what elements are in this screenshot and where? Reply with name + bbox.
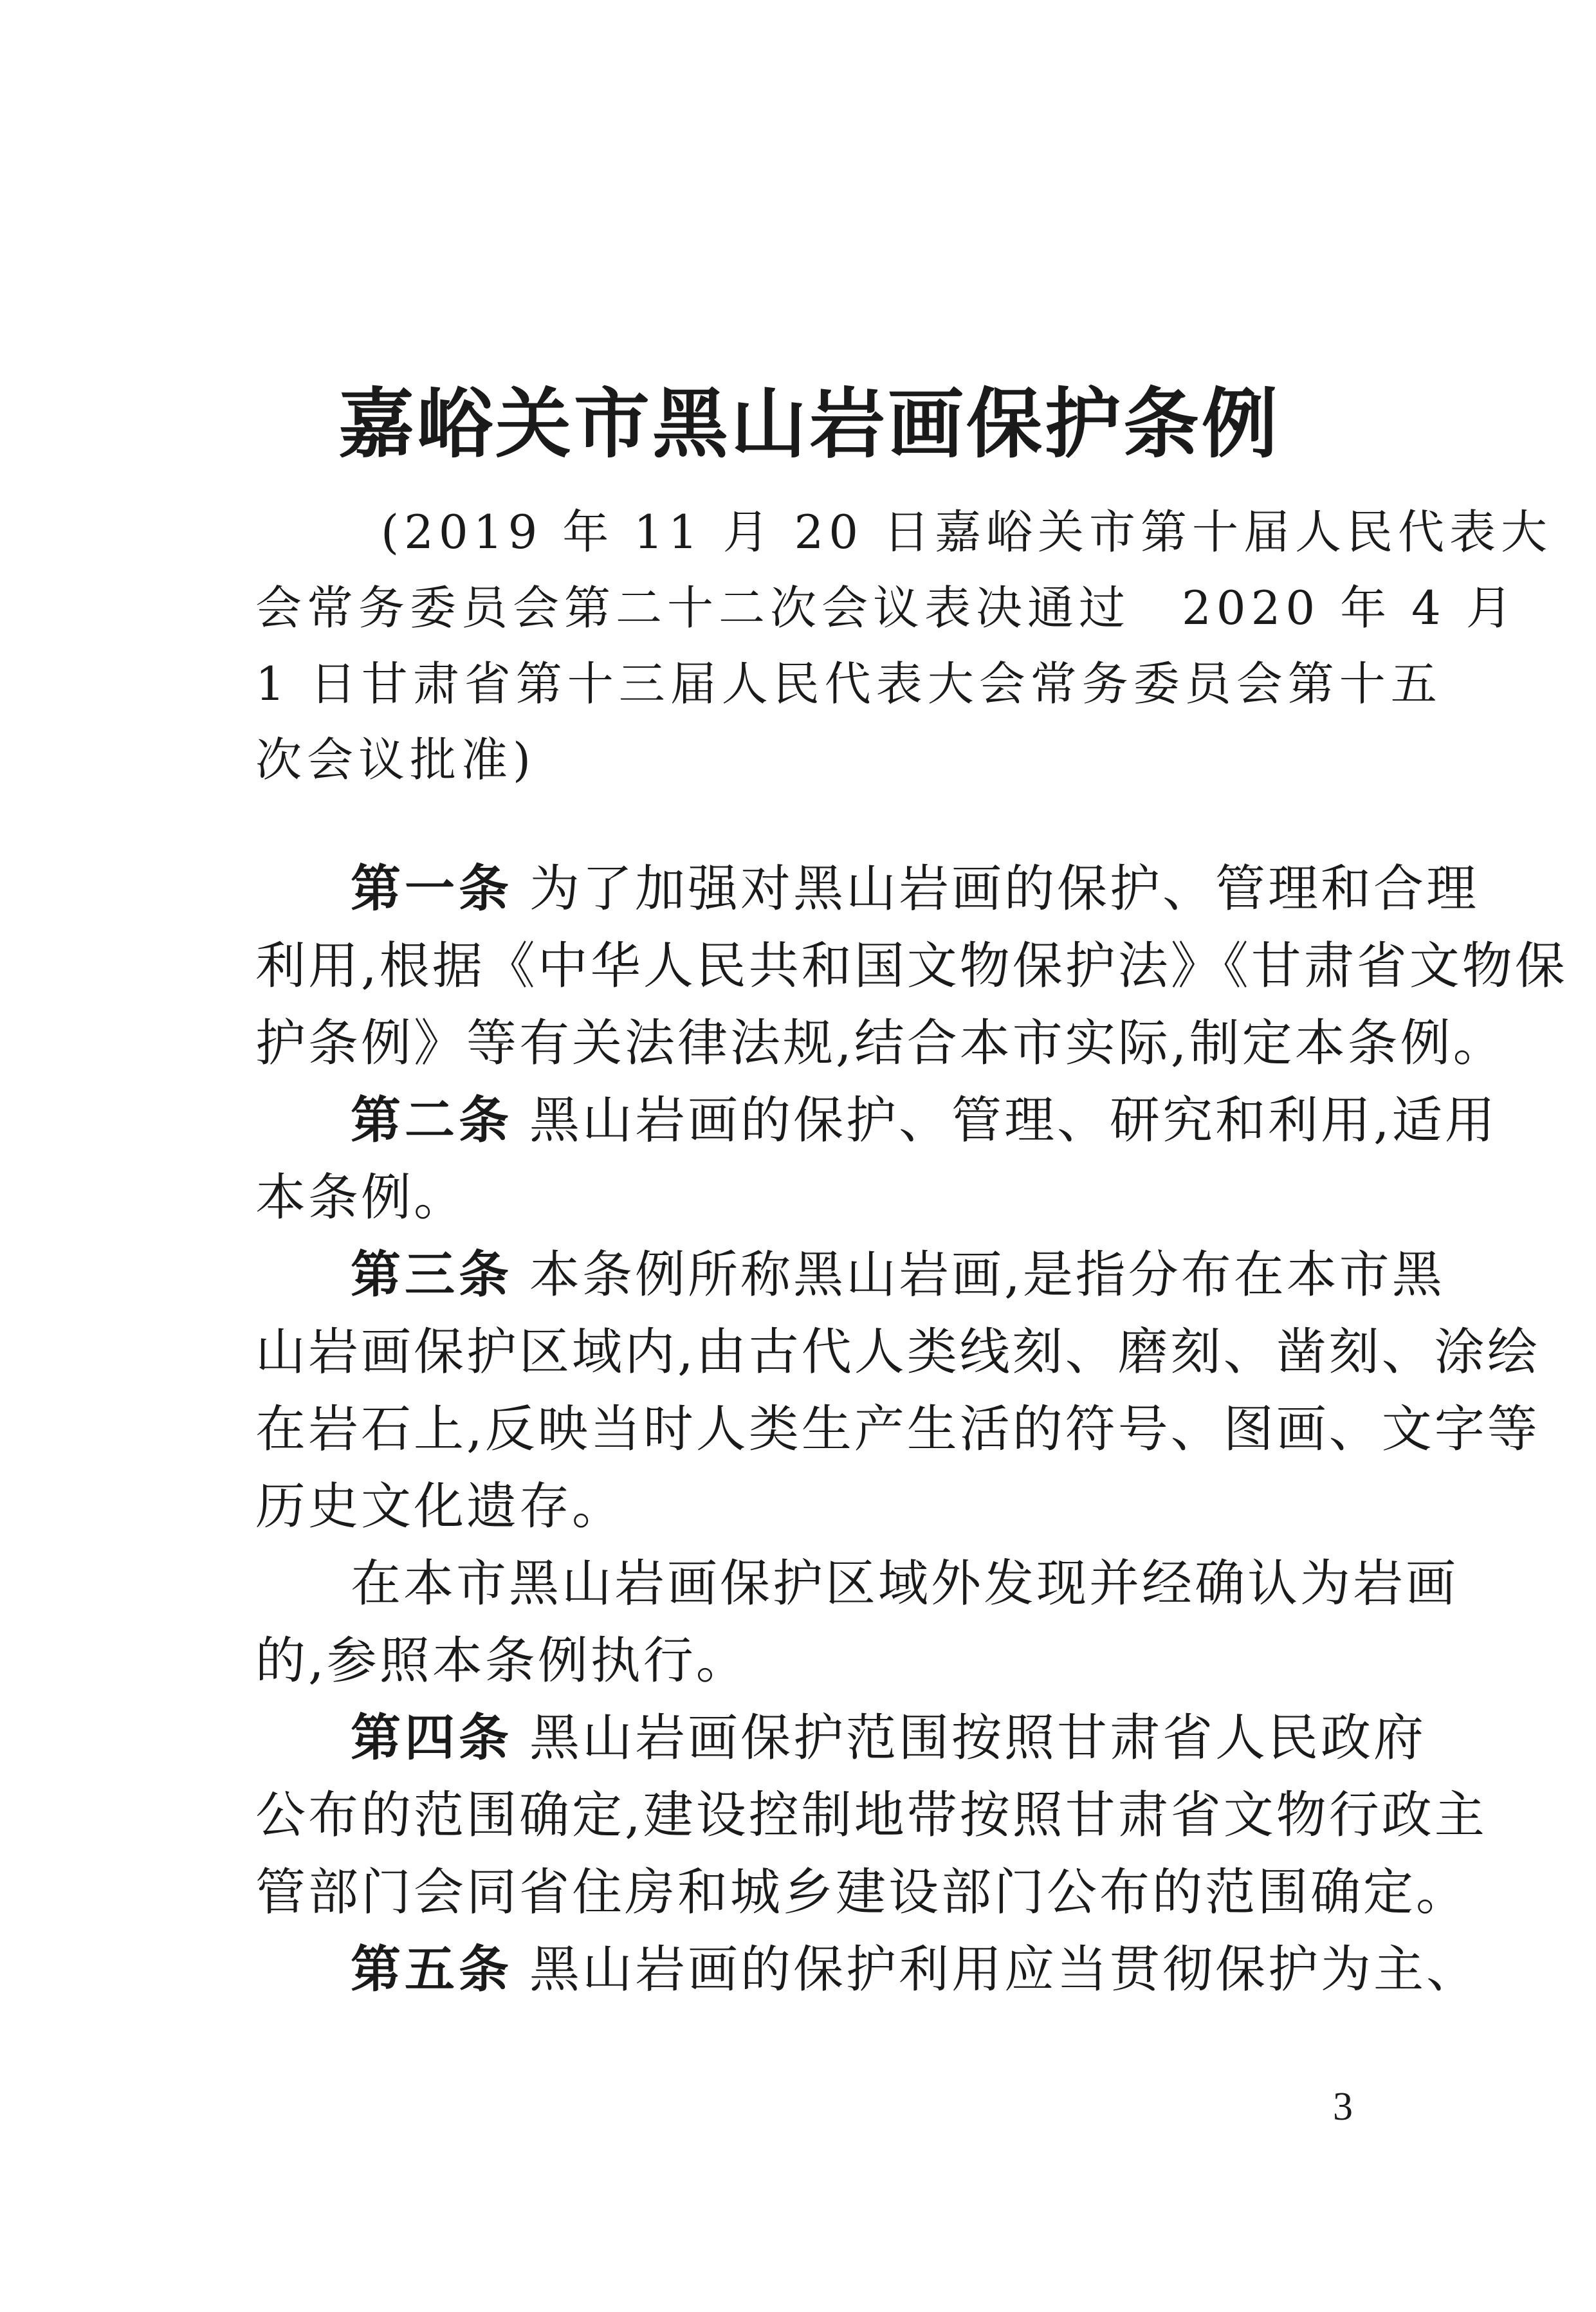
paragraph-text: 黑山岩画保护范围按照甘肃省人民政府 (529, 1709, 1426, 1767)
paragraph-line: 本条例。 (255, 1159, 1359, 1236)
article-1: 第一条为了加强对黑山岩画的保护、管理和合理 利用,根据《中华人民共和国文物保护法… (255, 850, 1359, 1082)
document-title: 嘉峪关市黑山岩画保护条例 (0, 382, 1596, 466)
article-heading: 第四条 (351, 1709, 513, 1767)
note-line: 次会议批准) (255, 722, 1359, 798)
note-line: (2019 年 11 月 20 日嘉峪关市第十届人民代表大 (255, 494, 1359, 570)
article-heading: 第五条 (351, 1941, 513, 1999)
paragraph-line: 第二条黑山岩画的保护、管理、研究和利用,适用 (255, 1082, 1359, 1159)
paragraph-line: 第一条为了加强对黑山岩画的保护、管理和合理 (255, 850, 1359, 928)
article-2: 第二条黑山岩画的保护、管理、研究和利用,适用 本条例。 (255, 1082, 1359, 1236)
article-3-paragraph-2: 在本市黑山岩画保护区域外发现并经确认为岩画 的,参照本条例执行。 (255, 1545, 1359, 1700)
paragraph-line: 第三条本条例所称黑山岩画,是指分布在本市黑 (255, 1236, 1359, 1314)
article-5: 第五条黑山岩画的保护利用应当贯彻保护为主、 (255, 1931, 1359, 2008)
document-body: 第一条为了加强对黑山岩画的保护、管理和合理 利用,根据《中华人民共和国文物保护法… (255, 850, 1359, 2008)
note-line: 1 日甘肃省第十三届人民代表大会常务委员会第十五 (255, 646, 1359, 722)
article-heading: 第三条 (351, 1246, 513, 1304)
paragraph-line: 的,参照本条例执行。 (255, 1622, 1359, 1700)
paragraph-line: 历史文化遗存。 (255, 1468, 1359, 1545)
paragraph-line: 在岩石上,反映当时人类生产生活的符号、图画、文字等 (255, 1391, 1359, 1468)
paragraph-line: 第五条黑山岩画的保护利用应当贯彻保护为主、 (255, 1931, 1359, 2008)
page-number: 3 (1333, 2084, 1353, 2130)
article-heading: 第一条 (351, 860, 513, 918)
note-line: 会常务委员会第二十二次会议表决通过 2020 年 4 月 (255, 570, 1359, 646)
article-3: 第三条本条例所称黑山岩画,是指分布在本市黑 山岩画保护区域内,由古代人类线刻、磨… (255, 1236, 1359, 1545)
paragraph-text: 本条例所称黑山岩画,是指分布在本市黑 (529, 1246, 1445, 1304)
paragraph-line: 利用,根据《中华人民共和国文物保护法》《甘肃省文物保 (255, 928, 1359, 1005)
adoption-note: (2019 年 11 月 20 日嘉峪关市第十届人民代表大 会常务委员会第二十二… (255, 494, 1359, 798)
paragraph-line: 护条例》等有关法律法规,结合本市实际,制定本条例。 (255, 1005, 1359, 1082)
paragraph-line: 公布的范围确定,建设控制地带按照甘肃省文物行政主 (255, 1777, 1359, 1854)
article-heading: 第二条 (351, 1092, 513, 1150)
paragraph-line: 管部门会同省住房和城乡建设部门公布的范围确定。 (255, 1854, 1359, 1931)
paragraph-line: 山岩画保护区域内,由古代人类线刻、磨刻、凿刻、涂绘 (255, 1314, 1359, 1391)
paragraph-text: 黑山岩画的保护、管理、研究和利用,适用 (529, 1092, 1498, 1150)
paragraph-text: 为了加强对黑山岩画的保护、管理和合理 (529, 860, 1479, 918)
paragraph-text: 黑山岩画的保护利用应当贯彻保护为主、 (529, 1941, 1479, 1999)
paragraph-line: 在本市黑山岩画保护区域外发现并经确认为岩画 (255, 1545, 1359, 1622)
article-4: 第四条黑山岩画保护范围按照甘肃省人民政府 公布的范围确定,建设控制地带按照甘肃省… (255, 1700, 1359, 1931)
paragraph-line: 第四条黑山岩画保护范围按照甘肃省人民政府 (255, 1700, 1359, 1777)
